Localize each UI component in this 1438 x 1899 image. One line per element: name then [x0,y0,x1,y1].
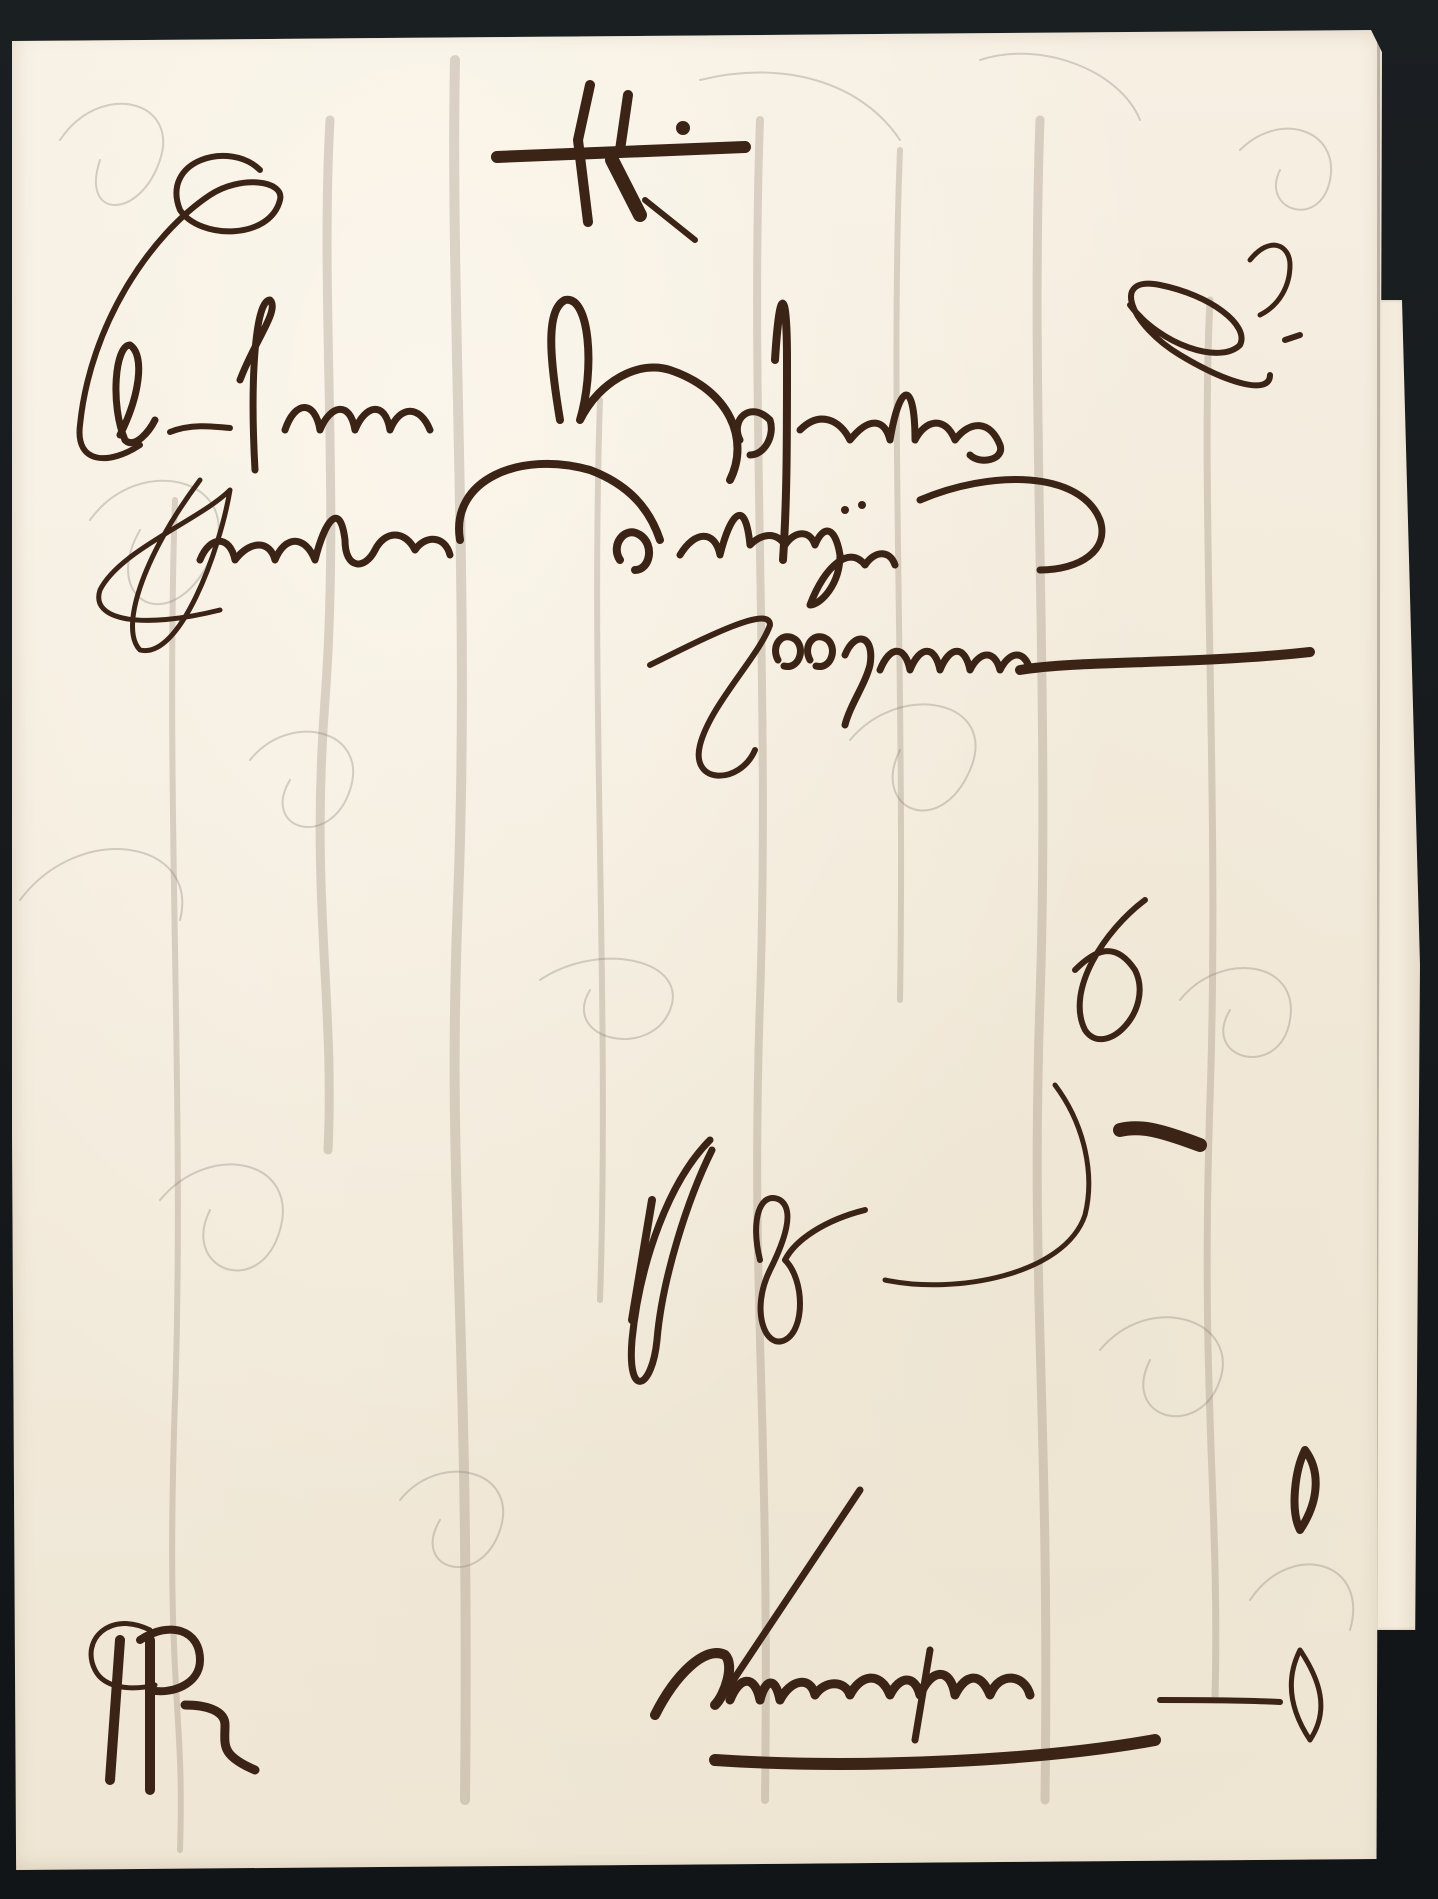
address-line-2 [99,464,1102,651]
rate-mark [631,900,1200,1381]
monogram [91,1624,255,1790]
cross-mark [497,85,745,240]
handwritten-address [0,0,1438,1899]
address-line-3 [650,619,1310,776]
endorsement-top-right [1130,245,1300,385]
destination-line [655,1490,1280,1764]
right-margin-mark [1291,1450,1321,1740]
